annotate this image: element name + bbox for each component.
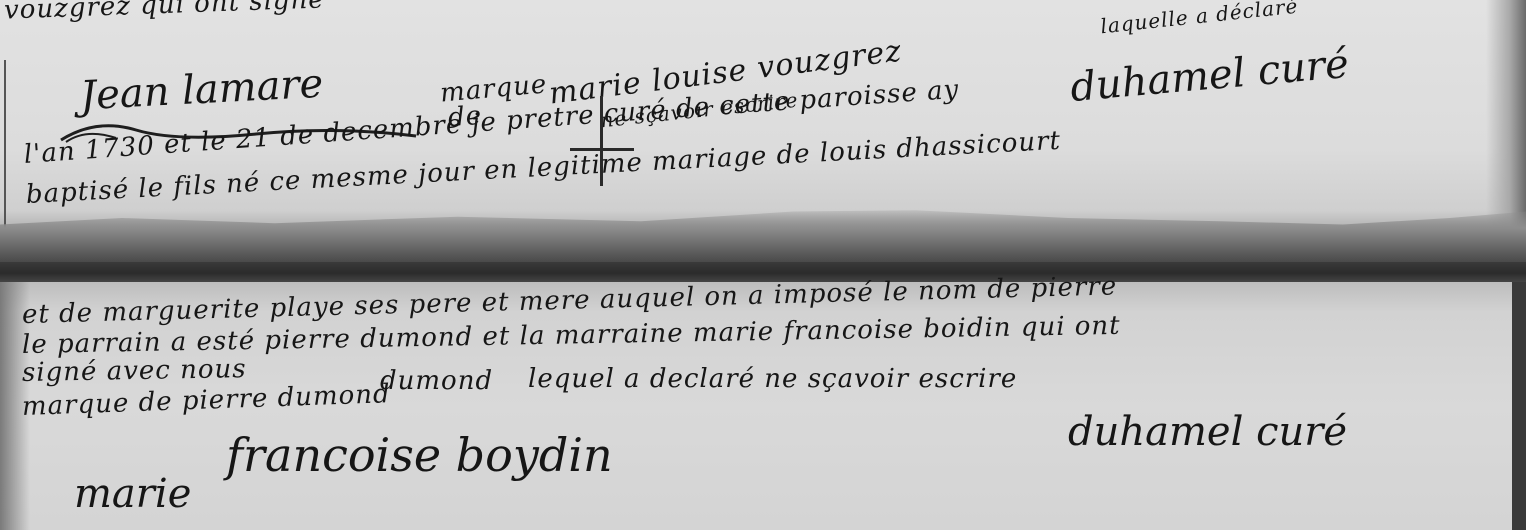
- signature-duhamel-bottom: duhamel curé: [1068, 412, 1347, 452]
- previous-entry-fragment-right: laquelle a déclaré: [1099, 0, 1299, 36]
- right-edge-shadow: [1512, 282, 1526, 530]
- lower-page: et de marguerite playe ses pere et mere …: [0, 282, 1526, 530]
- torn-page-edge: [0, 205, 1526, 270]
- previous-entry-fragment: vouzgrez qui ont signé: [4, 0, 325, 24]
- document-scan: vouzgrez qui ont signé laquelle a déclar…: [0, 0, 1526, 530]
- mark-label: marque: [439, 71, 548, 106]
- upper-page: vouzgrez qui ont signé laquelle a déclar…: [0, 0, 1526, 270]
- signature-francoise-boydin: francoise boydin: [226, 432, 613, 478]
- signature-duhamel-top: duhamel curé: [1069, 44, 1350, 108]
- entry-line-6-prefix: dumond: [380, 368, 493, 394]
- signature-marie: marie: [74, 474, 191, 514]
- entry-line-6: lequel a declaré ne sçavoir escrire: [528, 366, 1017, 392]
- signature-jean-lamare: Jean lamare: [79, 64, 324, 117]
- entry-line-5: signé avec nous: [22, 356, 247, 386]
